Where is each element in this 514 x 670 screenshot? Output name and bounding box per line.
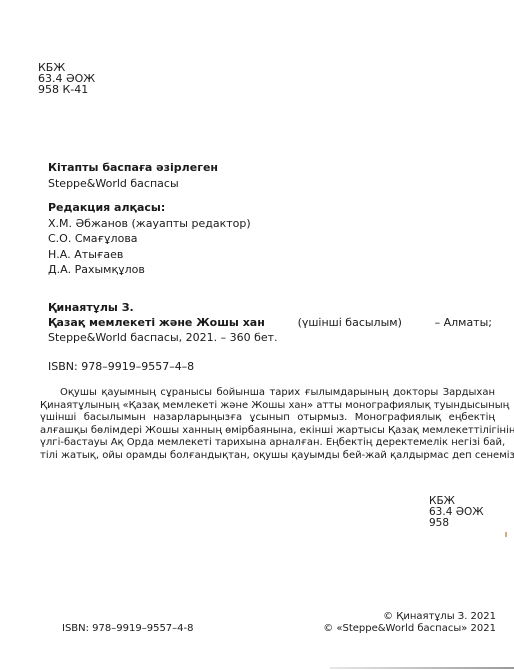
book-title: Қазақ мемлекеті және Жошы хан (48, 315, 265, 330)
book-publisher-line: Steppe&World баспасы, 2021. – 360 бет. (48, 330, 498, 345)
abstract-paragraph: Оқушы қауымның сұранысы бойынша тарих ғы… (40, 387, 495, 463)
abstract-line: үлгі-бастауы Ақ Орда мемлекеті тарихына … (40, 437, 495, 450)
prepared-by-publisher: Steppe&World баспасы (48, 176, 218, 192)
abstract-line: тілі жатық, ойы орамды болғандықтан, оқу… (40, 450, 495, 463)
copyright-author: © Қинаятұлы З. 2021 (323, 611, 496, 623)
editorial-board-label: Редакция алқасы: (48, 200, 251, 216)
book-city: – Алматы; (435, 315, 492, 330)
book-edition: (үшінші басылым) (298, 315, 402, 330)
abstract-line: алғашқы бөлімдері Жошы ханның өмірбаянын… (40, 425, 495, 438)
bibliographic-record: Қинаятұлы З. Қазақ мемлекеті және Жошы х… (48, 300, 498, 345)
classification-codes-top: КБЖ 63.4 ӘОЖ 958 К-41 (38, 62, 95, 95)
abstract-line: Қинаятұлының «Қазақ мемлекеті және Жошы … (40, 400, 495, 413)
classification-codes-bottom: КБЖ 63.4 ӘОЖ 958 (429, 496, 484, 529)
prepared-by-block: Кітапты баспаға әзірлеген Steppe&World б… (48, 160, 218, 191)
abstract-line: үшінші басылымын назарларыңызға ұсынып о… (40, 412, 495, 425)
isbn-bottom: ISBN: 978–9919–9557–4-8 (62, 623, 194, 634)
classification-line: 958 К-41 (38, 84, 95, 95)
editorial-member: Х.М. Әбжанов (жауапты редактор) (48, 216, 251, 232)
copyright-block: © Қинаятұлы З. 2021 © «Steppe&World басп… (323, 611, 496, 635)
isbn-top: ISBN: 978–9919–9557–4–8 (48, 361, 194, 372)
editorial-member: Н.А. Атығаев (48, 247, 251, 263)
classification-line: 958 (429, 518, 484, 529)
abstract-line: Оқушы қауымның сұранысы бойынша тарих ғы… (40, 387, 495, 400)
book-author: Қинаятұлы З. (48, 300, 498, 315)
editorial-board: Редакция алқасы: Х.М. Әбжанов (жауапты р… (48, 200, 251, 278)
book-title-line: Қазақ мемлекеті және Жошы хан (үшінші ба… (48, 315, 492, 330)
prepared-by-label: Кітапты баспаға әзірлеген (48, 160, 218, 176)
scan-edge-mark (505, 532, 507, 537)
copyright-publisher: © «Steppe&World баспасы» 2021 (323, 623, 496, 635)
editorial-member: Д.А. Рахымқұлов (48, 262, 251, 278)
editorial-member: С.О. Смағұлова (48, 231, 251, 247)
scan-edge-rule (330, 667, 514, 669)
